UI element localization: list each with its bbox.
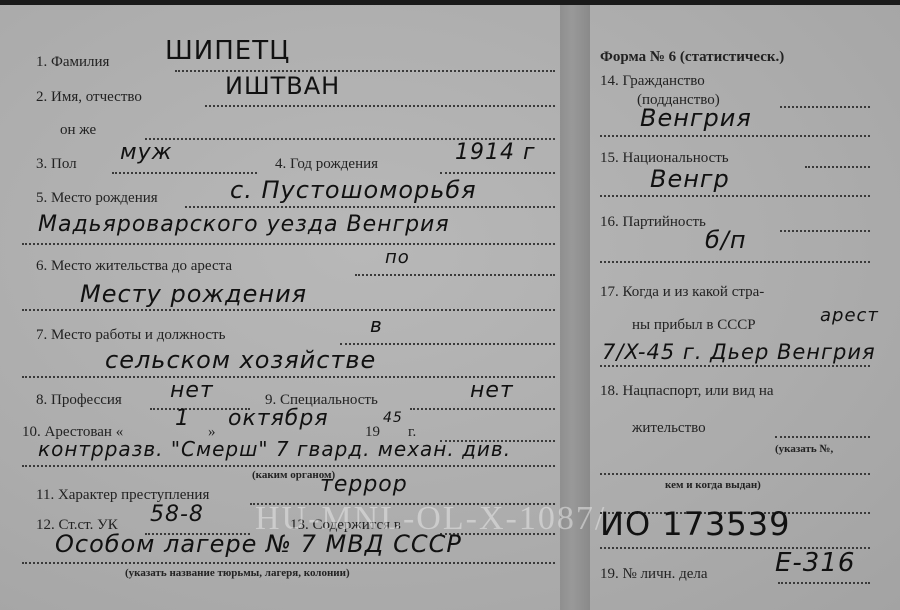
crime-value: террор — [320, 472, 408, 497]
case-number-value: Е-316 — [775, 548, 855, 578]
arrival-value: 7/X-45 г. Дьер Венгрия — [602, 340, 876, 364]
workplace-line-1 — [340, 343, 555, 345]
arrest-authority: контрразв. "Смерш" 7 гвард. механ. див. — [38, 437, 511, 461]
birthplace-value-2: Мадьяроварского уезда Венгрия — [38, 212, 450, 237]
birthplace-line-1 — [185, 206, 555, 208]
party-label: 16. Партийность — [600, 214, 706, 231]
archive-watermark: HU-MNL-OL-X-1087/ — [255, 500, 606, 538]
residence-value-1: по — [385, 247, 410, 268]
detention-caption: (указать название тюрьмы, лагеря, колони… — [125, 567, 350, 579]
arrest-line-2 — [22, 465, 555, 467]
arrival-value-note: арест — [820, 305, 879, 326]
nationality-line-2 — [600, 195, 870, 197]
arrest-month: октября — [228, 406, 329, 431]
arrival-label-sub: ны прибыл в СССР — [632, 317, 756, 334]
party-line-1 — [780, 230, 870, 232]
sex-label: 3. Пол — [36, 156, 77, 173]
nationality-line-1 — [805, 166, 870, 168]
nationality-value: Венгр — [650, 165, 730, 193]
birth-year-line — [440, 172, 555, 174]
form-title: Форма № 6 (статистическ.) — [600, 49, 784, 66]
citizenship-label: 14. Гражданство — [600, 73, 705, 90]
birthplace-line-2 — [22, 243, 555, 245]
party-line-2 — [600, 261, 870, 263]
residence-value-2: Месту рождения — [80, 280, 307, 308]
residence-label: 6. Место жительства до ареста — [36, 258, 232, 275]
passport-line-2 — [600, 473, 870, 475]
specialty-line — [410, 408, 555, 410]
birthplace-value-1: с. Пустошоморьбя — [230, 176, 477, 204]
arrest-year: 45 — [383, 410, 403, 426]
surname-label: 1. Фамилия — [36, 54, 109, 71]
citizenship-line-2 — [600, 135, 870, 137]
detention-line-2 — [22, 562, 555, 564]
name-value: ИШТВАН — [225, 72, 340, 100]
article-value: 58-8 — [150, 502, 204, 527]
alias-label: он же — [60, 122, 96, 139]
party-value: б/п — [705, 226, 747, 254]
residence-line-2 — [22, 309, 555, 311]
passport-line-1 — [775, 436, 870, 438]
arrest-day: 1 — [175, 406, 190, 431]
workplace-label: 7. Место работы и должность — [36, 327, 225, 344]
passport-caption-b: кем и когда выдан) — [665, 479, 761, 491]
surname-value: ШИПЕТЦ — [165, 36, 290, 66]
case-number-label: 19. № личн. дела — [600, 566, 708, 583]
citizenship-line-1 — [780, 106, 870, 108]
arrival-line — [600, 365, 870, 367]
citizenship-value: Венгрия — [640, 104, 752, 132]
specialty-value: нет — [470, 378, 514, 403]
passport-label: 18. Нацпаспорт, или вид на — [600, 383, 774, 400]
birth-year-value: 1914 г — [455, 140, 536, 165]
passport-label-sub: жительство — [632, 420, 706, 437]
sex-value: муж — [120, 140, 172, 165]
birth-year-label: 4. Год рождения — [275, 156, 378, 173]
case-number-line — [778, 582, 870, 584]
name-line — [205, 105, 555, 107]
residence-line-1 — [355, 274, 555, 276]
birthplace-label: 5. Место рождения — [36, 190, 158, 207]
passport-caption-a: (указать №, — [775, 443, 833, 455]
name-label: 2. Имя, отчество — [36, 89, 142, 106]
profession-label: 8. Профессия — [36, 392, 122, 409]
profession-value: нет — [170, 378, 214, 403]
passport-value: ИО 173539 — [600, 505, 790, 543]
workplace-value-1: в — [370, 313, 383, 337]
arrival-label: 17. Когда и из какой стра- — [600, 284, 764, 301]
sex-line — [112, 172, 257, 174]
workplace-value-2: сельском хозяйстве — [105, 346, 376, 374]
